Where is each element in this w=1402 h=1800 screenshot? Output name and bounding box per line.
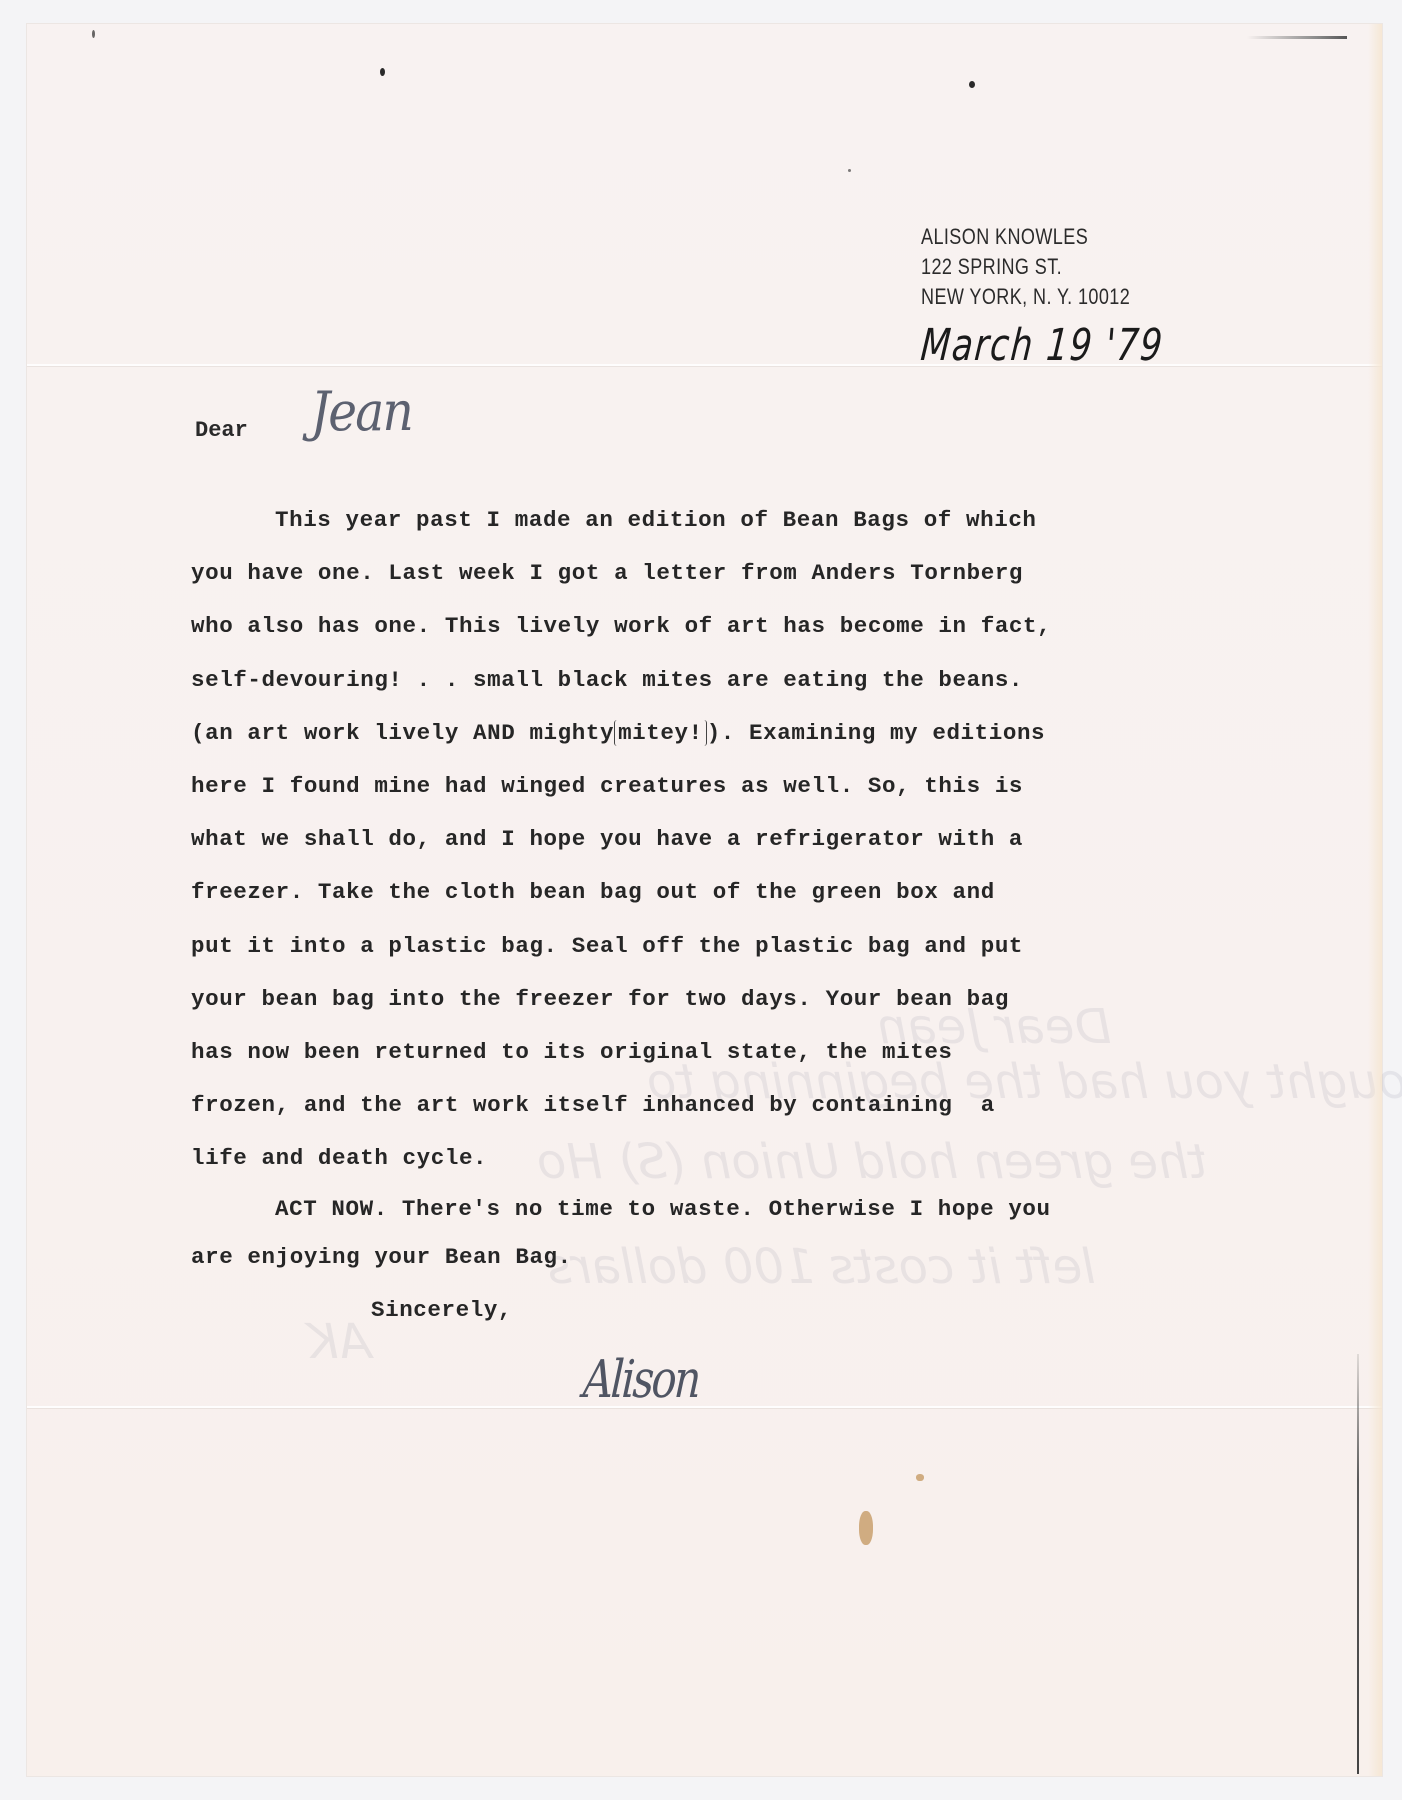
paper-stain [859,1511,873,1545]
body-line: freezer. Take the cloth bean bag out of … [191,866,1241,919]
fold-crease [27,364,1382,366]
bracketed-annotation: mitey! [614,720,707,746]
body-line: This year past I made an edition of Bean… [191,494,1241,547]
sender-name: ALISON KNOWLES [921,222,1130,252]
body-line: you have one. Last week I got a letter f… [191,547,1241,600]
body-line: (an art work lively AND mightymitey!). E… [191,707,1241,760]
paper-edge-mark [1247,36,1347,39]
body-line: ACT NOW. There's no time to waste. Other… [191,1185,1241,1233]
body-line: are enjoying your Bean Bag. [191,1233,1241,1281]
body-text: (an art work lively AND mighty [191,720,614,746]
ink-speck [380,68,385,76]
body-line: what we shall do, and I hope you have a … [191,813,1241,866]
fold-crease [27,1406,1382,1408]
ink-speck [969,81,975,88]
sender-city: NEW YORK, N. Y. 10012 [921,282,1130,312]
salutation: Dear [195,418,248,443]
body-line: here I found mine had winged creatures a… [191,760,1241,813]
letter-body: This year past I made an edition of Bean… [191,494,1241,1281]
body-line: put it into a plastic bag. Seal off the … [191,920,1241,973]
paper-stain [916,1474,924,1481]
handwritten-recipient-name: Jean [311,380,412,443]
body-line: who also has one. This lively work of ar… [191,600,1241,653]
margin-rule [1357,1354,1359,1774]
handwritten-date: March 19 '79 [919,320,1166,371]
letterhead: ALISON KNOWLES 122 SPRING ST. NEW YORK, … [921,222,1130,312]
ink-speck [848,169,851,172]
bleed-through-text: AK [307,1314,371,1370]
handwritten-signature: Alison [582,1350,701,1410]
ink-speck [92,30,95,38]
body-line: your bean bag into the freezer for two d… [191,973,1241,1026]
body-line: has now been returned to its original st… [191,1026,1241,1079]
body-line: frozen, and the art work itself inhanced… [191,1079,1241,1132]
sender-street: 122 SPRING ST. [921,252,1130,282]
body-text: ). Examining my editions [707,720,1045,746]
body-line: self-devouring! . . small black mites ar… [191,654,1241,707]
closing: Sincerely, [371,1297,512,1323]
body-line: life and death cycle. [191,1132,1241,1185]
